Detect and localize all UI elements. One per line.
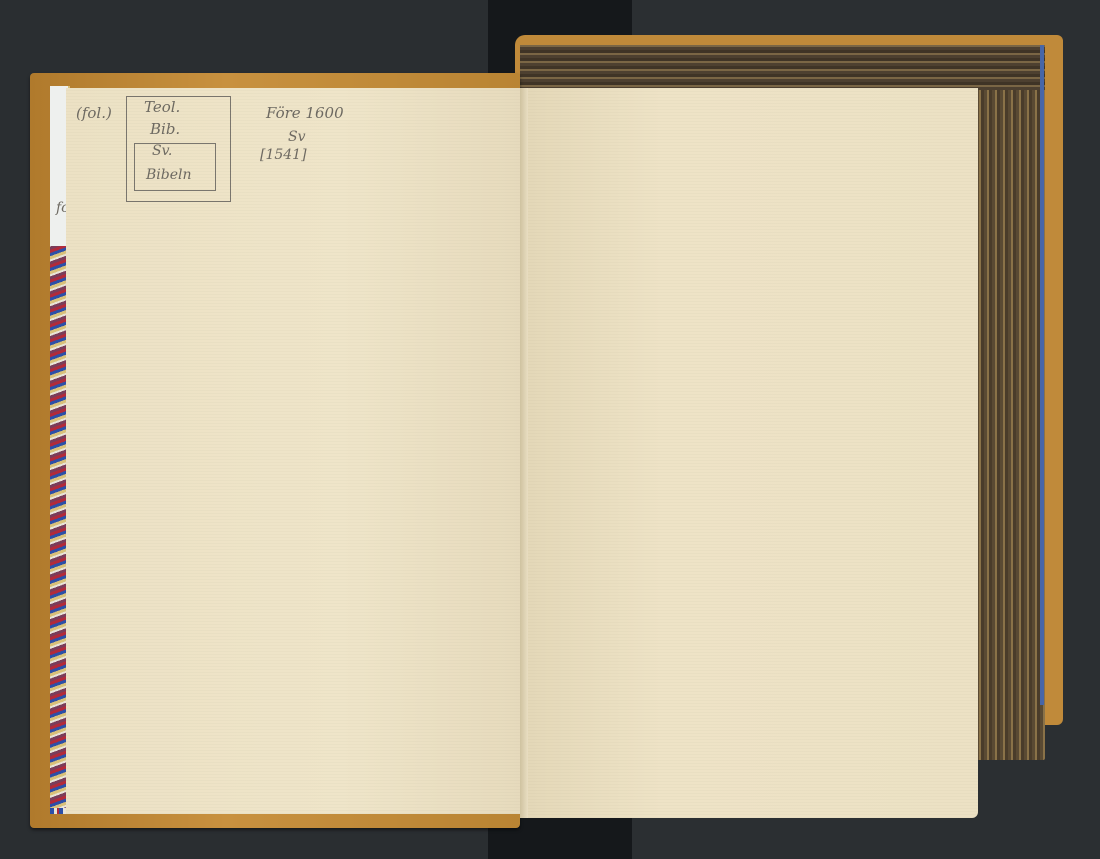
classification-line-3: Sv.	[152, 144, 172, 158]
classification-bracket-right	[226, 96, 231, 202]
classification-line-2: Bib.	[150, 122, 180, 137]
classification-line-1: Teol.	[144, 100, 180, 115]
dating-line-2: Sv	[288, 130, 306, 144]
dating-line-3: [1541]	[260, 148, 307, 162]
dating-line-1: Före 1600	[266, 106, 344, 121]
classification-line-4: Bibeln	[146, 168, 192, 182]
format-note: (fol.)	[76, 106, 112, 121]
page-top-edge	[520, 45, 1045, 90]
classification-bracket	[126, 96, 227, 202]
sub-bracket	[134, 143, 216, 191]
right-page	[528, 88, 978, 818]
blue-marbled-edge	[1040, 45, 1044, 705]
left-page: (fol.) Teol. Bib. Sv. Bibeln Före 1600 S…	[66, 88, 526, 814]
